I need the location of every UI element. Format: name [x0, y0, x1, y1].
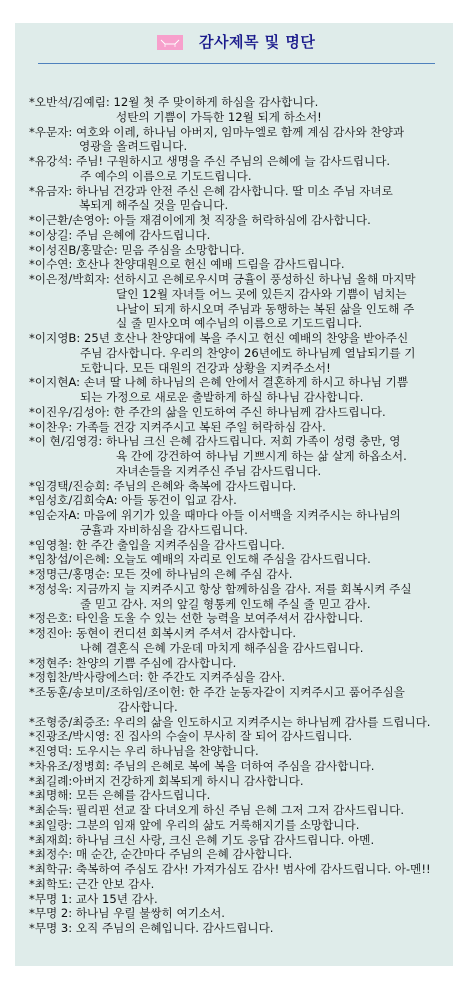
entry-first-line: *이찬우: 가족들 건강 지켜주시고 복된 주일 허락하심 감사. [29, 420, 449, 435]
entry-message: 호산나 찬양대원으로 헌신 예배 드림을 감사드립니다. [72, 257, 344, 271]
entry-continuation-line: 나날이 되게 하시오며 주님과 동행하는 복된 삶을 인도해 주 [29, 302, 449, 317]
entry-first-line: *최재희: 하나님 크신 사랑, 크신 은혜 기도 응답 감사드립니다. 아멘. [29, 833, 449, 848]
entry-message: 하나님 건강과 안전 주신 은혜 감사합니다. 딸 미소 주님 자녀로 [72, 184, 393, 198]
entry-name: *임성호/김희숙A: [29, 493, 118, 507]
entry-first-line: *정진아: 동현이 컨디션 회복시켜 주셔서 감사합니다. [29, 626, 449, 641]
list-item: *무명 2: 하나님 우릴 불쌍히 여기소서. [29, 906, 449, 921]
entry-first-line: *이지현A: 손녀 딸 나혜 하나님의 은혜 안에서 결혼하게 하시고 하나님 … [29, 375, 449, 390]
list-item: *임순자A: 마음에 위기가 있을 때마다 아들 이서백을 지켜주시는 하나님의… [29, 508, 449, 538]
entry-message: 아들 동건이 입교 감사. [118, 493, 237, 507]
entry-first-line: *이진우/김성아: 한 주간의 삶을 인도하여 주신 하나님께 감사드립니다. [29, 405, 449, 420]
entry-message: 한 주간도 지켜주심을 감사. [143, 670, 285, 684]
entry-continuation-line: 주 예수의 이름으로 기도드립니다. [29, 169, 449, 184]
list-item: *정힘찬/박사랑에스더: 한 주간도 지켜주심을 감사. [29, 670, 449, 685]
entry-message: 진 집사의 수술이 무사히 잘 되어 감사드립니다. [110, 729, 352, 743]
header: 감사제목 및 명단 [15, 23, 453, 63]
entry-continuation-line: 나혜 결혼식 은혜 가운데 마치게 해주심을 감사드립니다. [29, 641, 449, 656]
entry-name: *진영덕: [29, 744, 72, 758]
entry-name: *이은정/박희자: [29, 272, 110, 286]
list-item: *우문자: 여호와 이레, 하나님 아버지, 임마누엘로 함께 계심 감사와 찬… [29, 125, 449, 155]
list-item: *이지영B: 25년 호산나 찬양대에 복을 주시고 헌신 예배의 찬양을 받아… [29, 331, 449, 375]
entry-name: *우문자: [29, 125, 72, 139]
entry-first-line: *이상길: 주님 은혜에 감사드립니다. [29, 228, 449, 243]
entry-message: 주님! 구원하시고 생명을 주신 주님의 은혜에 늘 감사드립니다. [72, 154, 390, 168]
entry-name: *임순자A: [29, 508, 80, 522]
entry-first-line: *차유조/정병희: 주님의 은혜로 복에 복을 더하여 주심을 감사합니다. [29, 759, 449, 774]
entry-name: *유금자: [29, 184, 72, 198]
list-item: *임경택/진승희: 주님의 은혜와 축복에 감사드립니다. [29, 479, 449, 494]
entry-name: *조형중/최증조: [29, 715, 110, 729]
entry-name: *최학도: [29, 877, 72, 891]
entry-name: *무명 1: [29, 892, 72, 906]
list-item: *무명 3: 오직 주님의 은혜입니다. 감사드립니다. [29, 921, 449, 936]
list-item: *최명해: 모든 은혜를 감사드립니다. [29, 788, 449, 803]
entry-name: *최정수: [29, 847, 72, 861]
entry-message: 하나님 크신 은혜 감사드립니다. 저희 가족이 성령 충만, 영 [102, 434, 400, 448]
entry-first-line: *정명근/홍명순: 모든 것에 하나님의 은혜 주심 감사. [29, 567, 449, 582]
list-item: *차유조/정병희: 주님의 은혜로 복에 복을 더하여 주심을 감사합니다. [29, 759, 449, 774]
list-item: *정성욱: 지금까지 늘 지켜주시고 항상 함께하심을 감사. 저를 회복시켜 … [29, 582, 449, 612]
list-item: *이상길: 주님 은혜에 감사드립니다. [29, 228, 449, 243]
entry-message: 한 주간 출입을 지켜주심을 감사드립니다. [72, 538, 285, 552]
entry-message: 우리의 삶을 인도하시고 지켜주시는 하나님께 감사를 드립니다. [110, 715, 431, 729]
entry-name: *이성진B/홍말순: [29, 243, 118, 257]
list-item: *이찬우: 가족들 건강 지켜주시고 복된 주일 허락하심 감사. [29, 420, 449, 435]
entry-name: *이찬우: [29, 420, 72, 434]
entry-message: 12월 첫 주 맞이하게 하심을 감사합니다. [110, 95, 319, 109]
entry-message: 가족들 건강 지켜주시고 복된 주일 허락하심 감사. [72, 420, 325, 434]
envelope-icon [157, 35, 183, 50]
entry-continuation-line: 감사합니다. [29, 700, 449, 715]
list-item: *정은호: 타인을 도울 수 있는 선한 능력을 보여주셔서 감사합니다. [29, 611, 449, 626]
entry-name: *이지현A: [29, 375, 80, 389]
entry-message: 모든 은혜를 감사드립니다. [72, 788, 210, 802]
entry-name: *무명 3: [29, 921, 72, 935]
entry-name: *이지영B: [29, 331, 80, 345]
entry-first-line: *조형중/최증조: 우리의 삶을 인도하시고 지켜주시는 하나님께 감사를 드립… [29, 715, 449, 730]
entry-first-line: *진광조/박시영: 진 집사의 수술이 무사히 잘 되어 감사드립니다. [29, 729, 449, 744]
list-item: *이근환/손영아: 아들 재겸이에게 첫 직장을 허락하심에 감사합니다. [29, 213, 449, 228]
list-item: *무명 1: 교사 15년 감사. [29, 892, 449, 907]
entry-message: 오직 주님의 은혜입니다. 감사드립니다. [72, 921, 273, 935]
entry-first-line: *무명 2: 하나님 우릴 불쌍히 여기소서. [29, 906, 449, 921]
list-item: *최학도: 근간 안보 감사. [29, 877, 449, 892]
entry-message: 주님의 은혜와 축복에 감사드립니다. [110, 479, 296, 493]
list-item: *정진아: 동현이 컨디션 회복시켜 주셔서 감사합니다.나혜 결혼식 은혜 가… [29, 626, 449, 656]
entry-name: *최명해: [29, 788, 72, 802]
entry-message: 하나님 크신 사랑, 크신 은혜 기도 응답 감사드립니다. 아멘. [72, 833, 374, 847]
entry-first-line: *무명 3: 오직 주님의 은혜입니다. 감사드립니다. [29, 921, 449, 936]
entry-name: *이진우/김성아: [29, 405, 110, 419]
entry-first-line: *진영덕: 도우시는 우리 하나님을 찬양합니다. [29, 744, 449, 759]
entry-name: *정은호: [29, 611, 72, 625]
entry-name: *임창섭/이은혜: [29, 552, 110, 566]
entry-first-line: *정성욱: 지금까지 늘 지켜주시고 항상 함께하심을 감사. 저를 회복시켜 … [29, 582, 449, 597]
entry-message: 선하시고 은혜로우시며 긍휼이 풍성하신 하나님 올해 마지막 [110, 272, 416, 286]
list-item: *유강석: 주님! 구원하시고 생명을 주신 주님의 은혜에 늘 감사드립니다.… [29, 154, 449, 184]
thanksgiving-list: *오반석/김예림: 12월 첫 주 맞이하게 하심을 감사합니다.성탄의 기쁨이… [29, 95, 449, 936]
entry-continuation-line: 복되게 해주실 것을 믿습니다. [29, 198, 449, 213]
entry-first-line: *최길례:아버지 건강하게 회복되게 하시니 감사합니다. [29, 774, 449, 789]
entry-continuation-line: 줄 믿고 감사. 저의 앞길 형통케 인도해 주실 줄 믿고 감사. [29, 597, 449, 612]
entry-first-line: *임영철: 한 주간 출입을 지켜주심을 감사드립니다. [29, 538, 449, 553]
entry-first-line: *우문자: 여호와 이레, 하나님 아버지, 임마누엘로 함께 계심 감사와 찬… [29, 125, 449, 140]
entry-first-line: *최학규: 축복하여 주심도 감사! 가져가심도 감사! 범사에 감사드립니다.… [29, 862, 449, 877]
list-item: *이성진B/홍말순: 믿음 주심을 소망합니다. [29, 243, 449, 258]
entry-first-line: *정은호: 타인을 도울 수 있는 선한 능력을 보여주셔서 감사합니다. [29, 611, 449, 626]
thanksgiving-panel: 감사제목 및 명단 *오반석/김예림: 12월 첫 주 맞이하게 하심을 감사합… [15, 23, 453, 966]
entry-first-line: *임창섭/이은혜: 오늘도 예배의 자리로 인도해 주심을 감사드립니다. [29, 552, 449, 567]
entry-message: 타인을 도울 수 있는 선한 능력을 보여주셔서 감사합니다. [72, 611, 363, 625]
list-item: *정현주: 찬양의 기쁨 주심에 감사합니다. [29, 656, 449, 671]
entry-message: 하나님 우릴 불쌍히 여기소서. [72, 906, 225, 920]
entry-message: 근간 안보 감사. [72, 877, 154, 891]
entry-name: *이수연: [29, 257, 72, 271]
entry-message: 지금까지 늘 지켜주시고 항상 함께하심을 감사. 저를 회복시켜 주실 [72, 582, 411, 596]
page-title: 감사제목 및 명단 [199, 32, 315, 52]
entry-name: *최길례: [29, 774, 72, 788]
entry-name: *최일랑: [29, 818, 72, 832]
entry-name: *조동훈/송보미/조하임/조이헌: [29, 685, 185, 699]
entry-continuation-line: 도합니다. 모든 대원의 건강과 상황을 지켜주소서! [29, 361, 449, 376]
entry-continuation-line: 영광을 올려드립니다. [29, 139, 449, 154]
list-item: *최순득: 필리핀 선교 잘 다녀오게 하신 주님 은혜 그저 그저 감사드립니… [29, 803, 449, 818]
entry-continuation-line: 실 줄 믿사오며 예수님의 이름으로 기도드립니다. [29, 316, 449, 331]
entry-first-line: *조동훈/송보미/조하임/조이헌: 한 주간 눈동자같이 지켜주시고 품어주심을 [29, 685, 449, 700]
entry-message: 교사 15년 감사. [72, 892, 158, 906]
list-item: *이지현A: 손녀 딸 나혜 하나님의 은혜 안에서 결혼하게 하시고 하나님 … [29, 375, 449, 405]
entry-name: *차유조/정병희: [29, 759, 110, 773]
entry-name: *무명 2: [29, 906, 72, 920]
entry-first-line: *이지영B: 25년 호산나 찬양대에 복을 주시고 헌신 예배의 찬양을 받아… [29, 331, 449, 346]
entry-message: 모든 것에 하나님의 은혜 주심 감사. [110, 567, 293, 581]
entry-message: 축복하여 주심도 감사! 가져가심도 감사! 범사에 감사드립니다. 아-멘!! [72, 862, 430, 876]
list-item: *최일랑: 그분의 임재 앞에 우리의 삶도 거룩해지기를 소망합니다. [29, 818, 449, 833]
entry-first-line: *무명 1: 교사 15년 감사. [29, 892, 449, 907]
entry-name: *오반석/김예림: [29, 95, 110, 109]
entry-message: 찬양의 기쁨 주심에 감사합니다. [72, 656, 236, 670]
entry-first-line: *이근환/손영아: 아들 재겸이에게 첫 직장을 허락하심에 감사합니다. [29, 213, 449, 228]
list-item: *진광조/박시영: 진 집사의 수술이 무사히 잘 되어 감사드립니다. [29, 729, 449, 744]
entry-continuation-line: 달인 12월 자녀들 어느 곳에 있든지 감사와 기쁨이 넘치는 [29, 287, 449, 302]
list-item: *진영덕: 도우시는 우리 하나님을 찬양합니다. [29, 744, 449, 759]
entry-first-line: *오반석/김예림: 12월 첫 주 맞이하게 하심을 감사합니다. [29, 95, 449, 110]
entry-continuation-line: 되는 가정으로 새로운 출발하게 하실 하나님 감사합니다. [29, 390, 449, 405]
list-item: *조동훈/송보미/조하임/조이헌: 한 주간 눈동자같이 지켜주시고 품어주심을… [29, 685, 449, 715]
entry-name: *정성욱: [29, 582, 72, 596]
entry-name: *이상길: [29, 228, 72, 242]
entry-message: 믿음 주심을 소망합니다. [118, 243, 245, 257]
entry-message: 25년 호산나 찬양대에 복을 주시고 헌신 예배의 찬양을 받아주신 [80, 331, 408, 345]
entry-first-line: *정힘찬/박사랑에스더: 한 주간도 지켜주심을 감사. [29, 670, 449, 685]
entry-name: *이 현/김영경: [29, 434, 102, 448]
entry-name: *이근환/손영아: [29, 213, 110, 227]
entry-first-line: *이수연: 호산나 찬양대원으로 헌신 예배 드림을 감사드립니다. [29, 257, 449, 272]
entry-message: 아들 재겸이에게 첫 직장을 허락하심에 감사합니다. [110, 213, 371, 227]
list-item: *이은정/박희자: 선하시고 은혜로우시며 긍휼이 풍성하신 하나님 올해 마지… [29, 272, 449, 331]
list-item: *최길례:아버지 건강하게 회복되게 하시니 감사합니다. [29, 774, 449, 789]
entry-first-line: *최명해: 모든 은혜를 감사드립니다. [29, 788, 449, 803]
entry-continuation-line: 자녀손들을 지켜주신 주님 감사드립니다. [29, 464, 449, 479]
list-item: *최정수: 매 순간, 순간마다 주님의 은혜 감사합니다. [29, 847, 449, 862]
entry-message: 도우시는 우리 하나님을 찬양합니다. [72, 744, 258, 758]
list-item: *정명근/홍명순: 모든 것에 하나님의 은혜 주심 감사. [29, 567, 449, 582]
list-item: *임창섭/이은혜: 오늘도 예배의 자리로 인도해 주심을 감사드립니다. [29, 552, 449, 567]
list-item: *이진우/김성아: 한 주간의 삶을 인도하여 주신 하나님께 감사드립니다. [29, 405, 449, 420]
list-item: *임성호/김희숙A: 아들 동건이 입교 감사. [29, 493, 449, 508]
entry-first-line: *임성호/김희숙A: 아들 동건이 입교 감사. [29, 493, 449, 508]
list-item: *최학규: 축복하여 주심도 감사! 가져가심도 감사! 범사에 감사드립니다.… [29, 862, 449, 877]
list-item: *이수연: 호산나 찬양대원으로 헌신 예배 드림을 감사드립니다. [29, 257, 449, 272]
entry-name: *임경택/진승희: [29, 479, 110, 493]
entry-message: 아버지 건강하게 회복되게 하시니 감사합니다. [72, 774, 303, 788]
entry-continuation-line: 긍휼과 자비하심을 감사드립니다. [29, 523, 449, 538]
list-item: *임영철: 한 주간 출입을 지켜주심을 감사드립니다. [29, 538, 449, 553]
list-item: *이 현/김영경: 하나님 크신 은혜 감사드립니다. 저희 가족이 성령 충만… [29, 434, 449, 478]
entry-message: 한 주간의 삶을 인도하여 주신 하나님께 감사드립니다. [110, 405, 386, 419]
entry-first-line: *정현주: 찬양의 기쁨 주심에 감사합니다. [29, 656, 449, 671]
entry-message: 마음에 위기가 있을 때마다 아들 이서백을 지켜주시는 하나님의 [80, 508, 401, 522]
entry-name: *임영철: [29, 538, 72, 552]
entry-message: 필리핀 선교 잘 다녀오게 하신 주님 은혜 그저 그저 감사드립니다. [72, 803, 404, 817]
entry-first-line: *최학도: 근간 안보 감사. [29, 877, 449, 892]
entry-message: 오늘도 예배의 자리로 인도해 주심을 감사드립니다. [110, 552, 371, 566]
list-item: *최재희: 하나님 크신 사랑, 크신 은혜 기도 응답 감사드립니다. 아멘. [29, 833, 449, 848]
entry-first-line: *유강석: 주님! 구원하시고 생명을 주신 주님의 은혜에 늘 감사드립니다. [29, 154, 449, 169]
entry-name: *정명근/홍명순: [29, 567, 110, 581]
entry-first-line: *이성진B/홍말순: 믿음 주심을 소망합니다. [29, 243, 449, 258]
entry-message: 그분의 임재 앞에 우리의 삶도 거룩해지기를 소망합니다. [72, 818, 359, 832]
entry-name: *최학규: [29, 862, 72, 876]
entry-name: *정현주: [29, 656, 72, 670]
entry-message: 동현이 컨디션 회복시켜 주셔서 감사합니다. [72, 626, 296, 640]
entry-message: 한 주간 눈동자같이 지켜주시고 품어주심을 [185, 685, 405, 699]
entry-first-line: *최정수: 매 순간, 순간마다 주님의 은혜 감사합니다. [29, 847, 449, 862]
entry-first-line: *최일랑: 그분의 임재 앞에 우리의 삶도 거룩해지기를 소망합니다. [29, 818, 449, 833]
entry-first-line: *이 현/김영경: 하나님 크신 은혜 감사드립니다. 저희 가족이 성령 충만… [29, 434, 449, 449]
list-item: *유금자: 하나님 건강과 안전 주신 은혜 감사합니다. 딸 미소 주님 자녀… [29, 184, 449, 214]
entry-continuation-line: 주님 감사합니다. 우리의 찬양이 26년에도 하나님께 열납되기를 기 [29, 346, 449, 361]
title-divider [38, 63, 435, 64]
entry-name: *정힘찬/박사랑에스더: [29, 670, 143, 684]
entry-continuation-line: 성탄의 기쁨이 가득한 12월 되게 하소서! [29, 110, 449, 125]
entry-message: 주님의 은혜로 복에 복을 더하여 주심을 감사합니다. [110, 759, 375, 773]
entry-name: *최순득: [29, 803, 72, 817]
entry-first-line: *유금자: 하나님 건강과 안전 주신 은혜 감사합니다. 딸 미소 주님 자녀… [29, 184, 449, 199]
entry-name: *진광조/박시영: [29, 729, 110, 743]
list-item: *조형중/최증조: 우리의 삶을 인도하시고 지켜주시는 하나님께 감사를 드립… [29, 715, 449, 730]
entry-message: 손녀 딸 나혜 하나님의 은혜 안에서 결혼하게 하시고 하나님 기쁨 [80, 375, 408, 389]
entry-message: 주님 은혜에 감사드립니다. [72, 228, 210, 242]
entry-first-line: *임경택/진승희: 주님의 은혜와 축복에 감사드립니다. [29, 479, 449, 494]
list-item: *오반석/김예림: 12월 첫 주 맞이하게 하심을 감사합니다.성탄의 기쁨이… [29, 95, 449, 125]
entry-continuation-line: 육 간에 강건하여 하나님 기쁘시게 하는 삶 살게 하옵소서. [29, 449, 449, 464]
entry-name: *최재희: [29, 833, 72, 847]
entry-name: *유강석: [29, 154, 72, 168]
entry-first-line: *임순자A: 마음에 위기가 있을 때마다 아들 이서백을 지켜주시는 하나님의 [29, 508, 449, 523]
entry-name: *정진아: [29, 626, 72, 640]
entry-message: 매 순간, 순간마다 주님의 은혜 감사합니다. [72, 847, 292, 861]
entry-first-line: *이은정/박희자: 선하시고 은혜로우시며 긍휼이 풍성하신 하나님 올해 마지… [29, 272, 449, 287]
entry-first-line: *최순득: 필리핀 선교 잘 다녀오게 하신 주님 은혜 그저 그저 감사드립니… [29, 803, 449, 818]
entry-message: 여호와 이레, 하나님 아버지, 임마누엘로 함께 계심 감사와 찬양과 [72, 125, 404, 139]
